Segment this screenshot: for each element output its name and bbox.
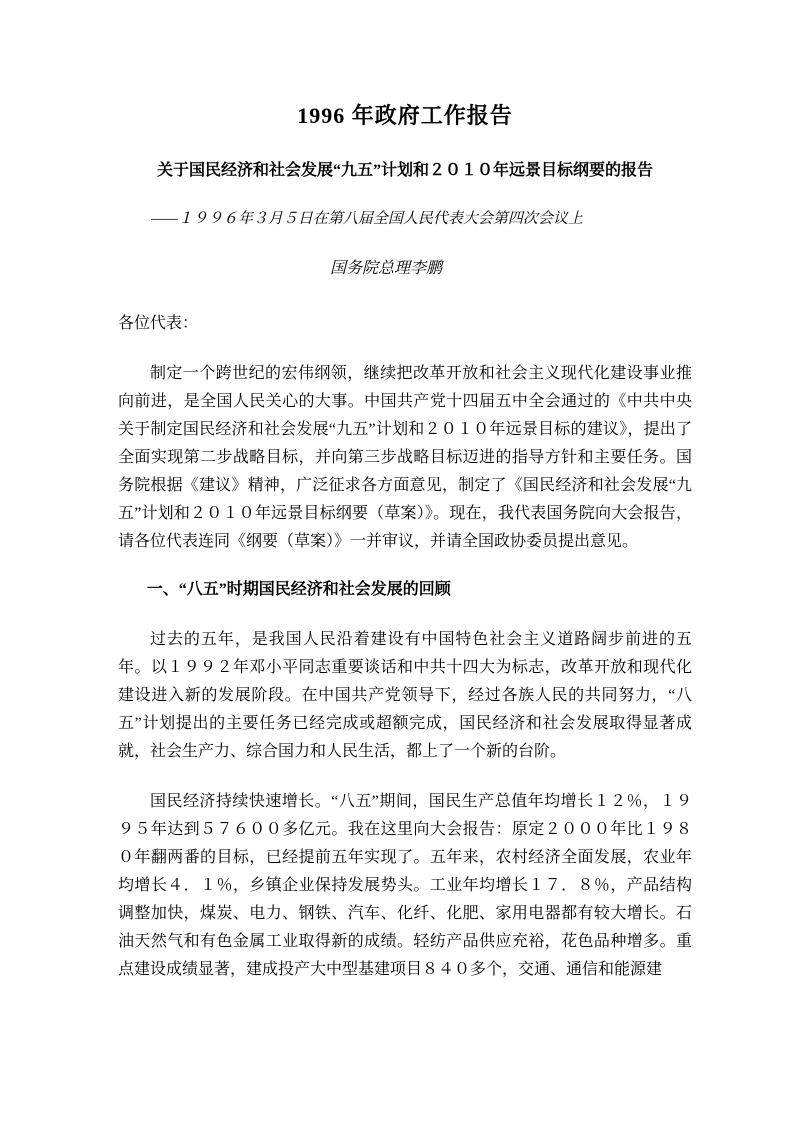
document-dateline: ——１９９６年３月５日在第八届全国人民代表大会第四次会议上 xyxy=(118,208,692,230)
document-title: 1996 年政府工作报告 xyxy=(118,100,692,131)
section-paragraph-1: 过去的五年，是我国人民沿着建设有中国特色社会主义道路阔步前进的五年。以１９９２年… xyxy=(118,626,692,766)
section-paragraph-2: 国民经济持续快速增长。“八五”期间，国民生产总值年均增长１２％，１９９５年达到５… xyxy=(118,788,692,984)
document-page: 1996 年政府工作报告 关于国民经济和社会发展“九五”计划和２０１０年远景目标… xyxy=(0,0,793,1122)
section-heading: 一、“八五”时期国民经济和社会发展的回顾 xyxy=(118,576,692,604)
intro-paragraph: 制定一个跨世纪的宏伟纲领，继续把改革开放和社会主义现代化建设事业推向前进，是全国… xyxy=(118,360,692,556)
document-content: 1996 年政府工作报告 关于国民经济和社会发展“九五”计划和２０１０年远景目标… xyxy=(118,0,692,984)
salutation-line: 各位代表： xyxy=(118,310,692,338)
document-subtitle: 关于国民经济和社会发展“九五”计划和２０１０年远景目标纲要的报告 xyxy=(118,159,692,183)
document-author: 国务院总理李鹏 xyxy=(118,258,692,280)
